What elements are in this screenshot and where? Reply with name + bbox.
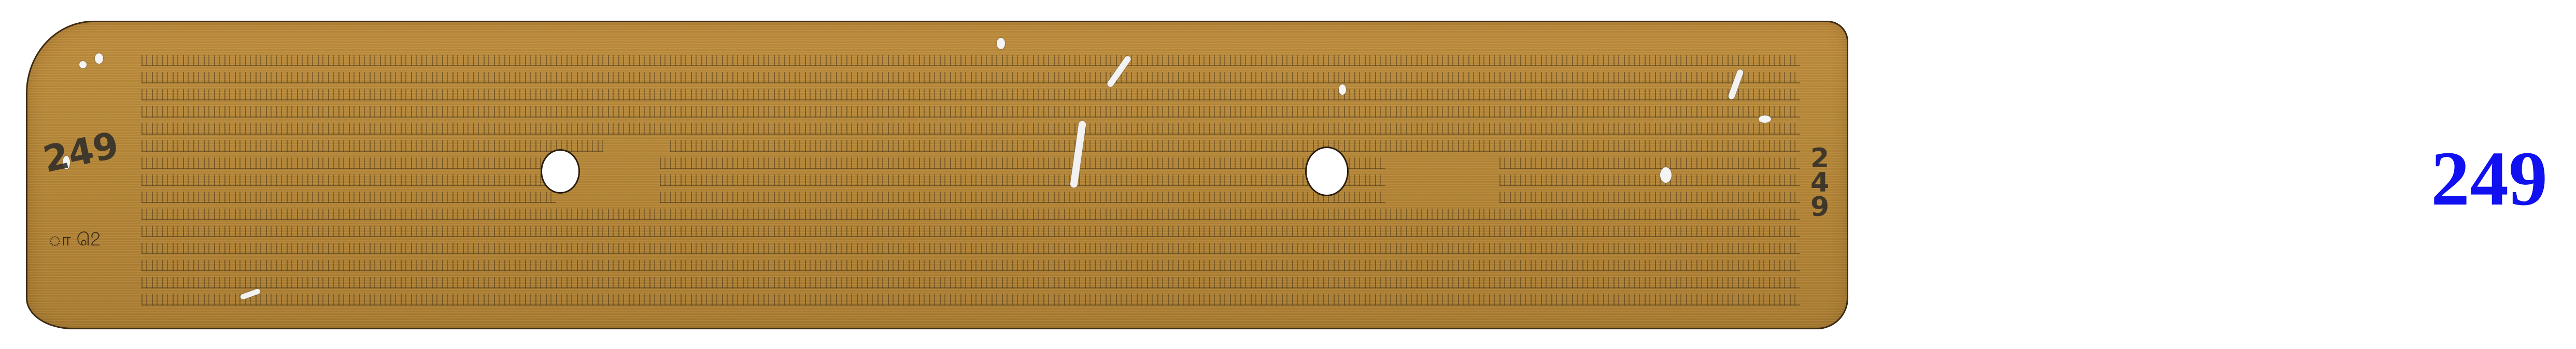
string-hole-right bbox=[1305, 147, 1349, 196]
text-line bbox=[141, 102, 1816, 119]
damage-spot bbox=[95, 53, 103, 64]
damage-spot bbox=[79, 61, 87, 68]
text-line bbox=[141, 187, 1816, 205]
text-line bbox=[141, 256, 1816, 273]
string-hole-left bbox=[541, 149, 580, 194]
text-line bbox=[141, 119, 1816, 136]
damage-spot bbox=[1660, 167, 1672, 183]
text-line bbox=[141, 290, 1816, 307]
text-line bbox=[141, 68, 1816, 85]
text-line bbox=[141, 273, 1816, 290]
text-line bbox=[141, 85, 1816, 102]
page-number-label: 249 bbox=[2431, 140, 2547, 217]
folio-number-right: 249 bbox=[1810, 147, 1831, 219]
damage-spot bbox=[1339, 84, 1346, 95]
text-line bbox=[141, 136, 1816, 153]
palm-leaf: 249 249 ா 2ெ bbox=[26, 21, 1848, 329]
text-line bbox=[141, 239, 1816, 256]
text-line bbox=[141, 170, 1816, 187]
damage-spot bbox=[1759, 115, 1771, 123]
margin-note: ா 2ெ bbox=[48, 229, 101, 252]
text-line bbox=[141, 153, 1816, 170]
text-line bbox=[141, 51, 1816, 68]
folio-number-left: 249 bbox=[39, 124, 122, 181]
text-line bbox=[141, 205, 1816, 222]
damage-spot bbox=[997, 38, 1005, 49]
text-line bbox=[141, 222, 1816, 239]
manuscript-text-block bbox=[141, 51, 1816, 307]
